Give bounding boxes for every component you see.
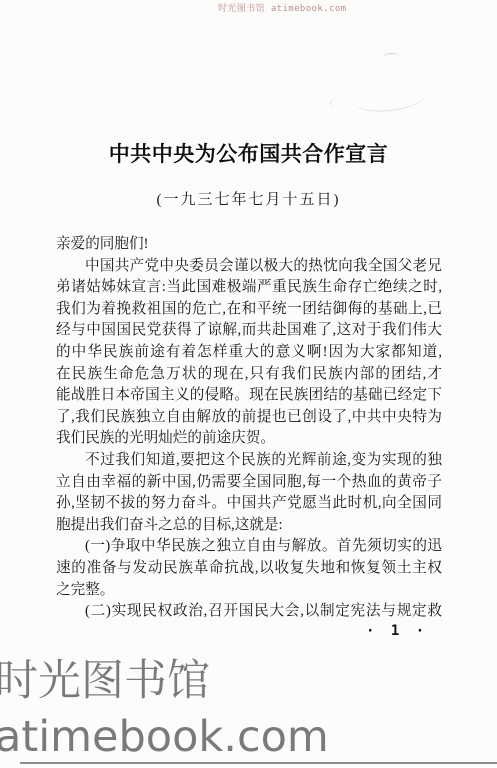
body-line: 了,我们民族独立自由解放的前提也已创设了,中共中央特为 <box>56 407 442 429</box>
document-title: 中共中央为公布国共合作宣言 <box>0 141 497 168</box>
scan-artifact <box>383 52 400 61</box>
document-date: (一九三七年七月十五日) <box>0 188 497 209</box>
body-line: 立自由幸福的新中国,仍需要全国同胞,每一个热血的黄帝子 <box>56 472 442 494</box>
body-line: 速的准备与发动民族革命抗战,以收复失地和恢复领土主权 <box>56 558 442 580</box>
body-line: 弟诸姑姊妹宣言:当此国难极端严重民族生命存亡绝续之时, <box>56 277 442 299</box>
body-line: 能战胜日本帝国主义的侵略。现在民族团结的基础已经定下 <box>56 385 442 407</box>
body-line: 的中华民族前途有着怎样重大的意义啊!因为大家都知道, <box>56 342 442 364</box>
scan-artifact <box>351 77 430 115</box>
body-line: 之完整。 <box>56 580 442 602</box>
watermark-top: 时光图书馆 atimebook.com <box>218 1 346 14</box>
body-line: 胞提出我们奋斗之总的目标,这就是: <box>56 515 442 537</box>
body-line: 经与中国国民党获得了谅解,而共赴国难了,这对于我们伟大 <box>56 320 442 342</box>
body-line: (一)争取中华民族之独立自由与解放。首先须切实的迅 <box>56 536 442 558</box>
body-line: 不过我们知道,要把这个民族的光辉前途,变为实现的独 <box>56 450 442 472</box>
body-line: 孙,坚韧不拔的努力奋斗。中国共产党愿当此时机,向全国同 <box>56 493 442 515</box>
watermark-bottom-site-name: 时光图书馆 <box>0 658 210 705</box>
scan-artifact <box>329 97 350 113</box>
body-line: 亲爱的同胞们! <box>56 234 442 256</box>
body-line: 中国共产党中央委员会谨以极大的热忱向我全国父老兄 <box>56 256 442 278</box>
body-text: 亲爱的同胞们!中国共产党中央委员会谨以极大的热忱向我全国父老兄弟诸姑姊妹宣言:当… <box>56 234 442 623</box>
page-number: · 1 · <box>366 623 428 639</box>
scanned-book-page: 时光图书馆 atimebook.com 中共中央为公布国共合作宣言 (一九三七年… <box>0 0 497 768</box>
body-line: 在民族生命危急万状的现在,只有我们民族内部的团结,才 <box>56 364 442 386</box>
body-line: (二)实现民权政治,召开国民大会,以制定宪法与规定救 <box>56 601 442 623</box>
body-line: 我们民族的光明灿烂的前途庆贺。 <box>56 428 442 450</box>
watermark-underline <box>20 762 497 764</box>
body-line: 我们为着挽救祖国的危亡,在和平统一团结御侮的基础上,已 <box>56 299 442 321</box>
watermark-bottom-url: atimebook.com <box>0 716 329 759</box>
